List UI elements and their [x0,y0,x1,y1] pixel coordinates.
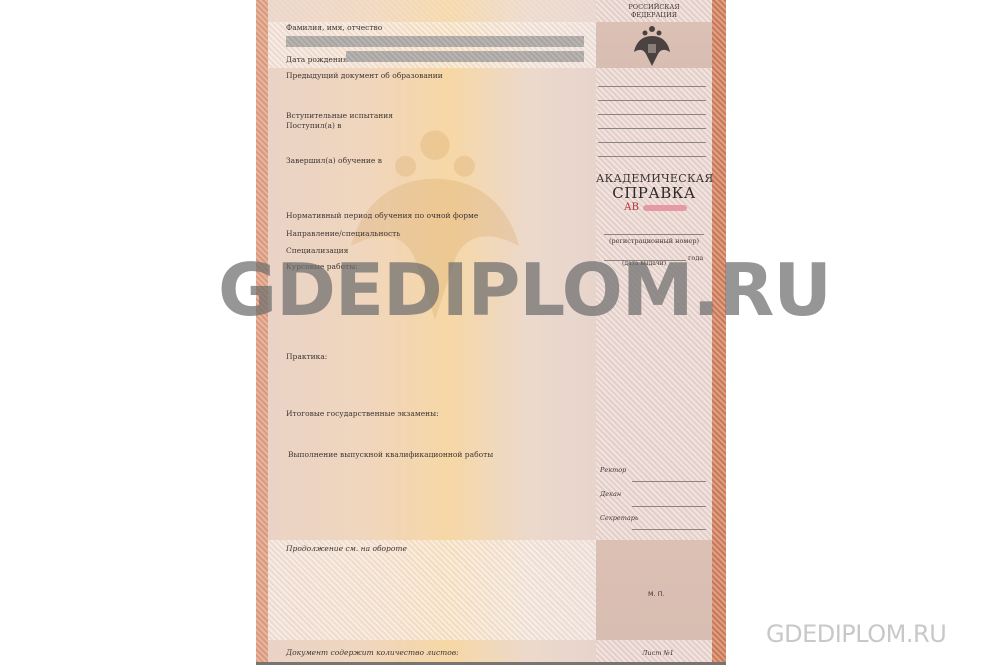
seal-placeholder: М. П. [648,590,665,598]
country-line2: ФЕДЕРАЦИЯ [596,11,712,19]
thesis-label: Выполнение выпускной квалификационной ра… [288,450,493,459]
previous-doc-label: Предыдущий документ об образовании [286,71,443,80]
full-name-redacted [286,36,584,47]
serial-prefix: АВ [624,202,639,213]
country-line1: РОССИЙСКАЯ [596,3,712,11]
rector-label: Ректор [600,466,626,474]
birth-date-label: Дата рождения [286,55,348,64]
doc-title-line2: СПРАВКА [596,184,712,202]
continuation-band [268,540,596,640]
entrance-exams-label: Вступительные испытания [286,111,393,120]
continued-label: Продолжение см. на обороте [286,544,407,553]
serial-number-redacted [643,205,687,211]
secretary-label: Секретарь [600,514,638,522]
final-exams-label: Итоговые государственные экзамены: [286,409,439,418]
dean-label: Декан [600,490,621,498]
watermark-corner: GDEDIPLOM.RU [766,620,946,648]
coat-of-arms-icon [632,24,672,68]
completed-label: Завершил(а) обучение в [286,156,382,165]
birth-date-redacted [346,51,584,62]
direction-label: Направление/специальность [286,229,400,238]
watermark-center: GDEDIPLOM.RU [218,248,831,332]
full-name-label: Фамилия, имя, отчество [286,23,382,32]
practice-label: Практика: [286,352,327,361]
sheet-number: Лист №1 [642,649,674,657]
sheet-count-label: Документ содержит количество листов: [286,648,459,657]
reg-number-label: (регистрационный номер) [596,237,712,245]
normative-period-label: Нормативный период обучения по очной фор… [286,211,478,220]
enrolled-label: Поступил(а) в [286,121,342,130]
